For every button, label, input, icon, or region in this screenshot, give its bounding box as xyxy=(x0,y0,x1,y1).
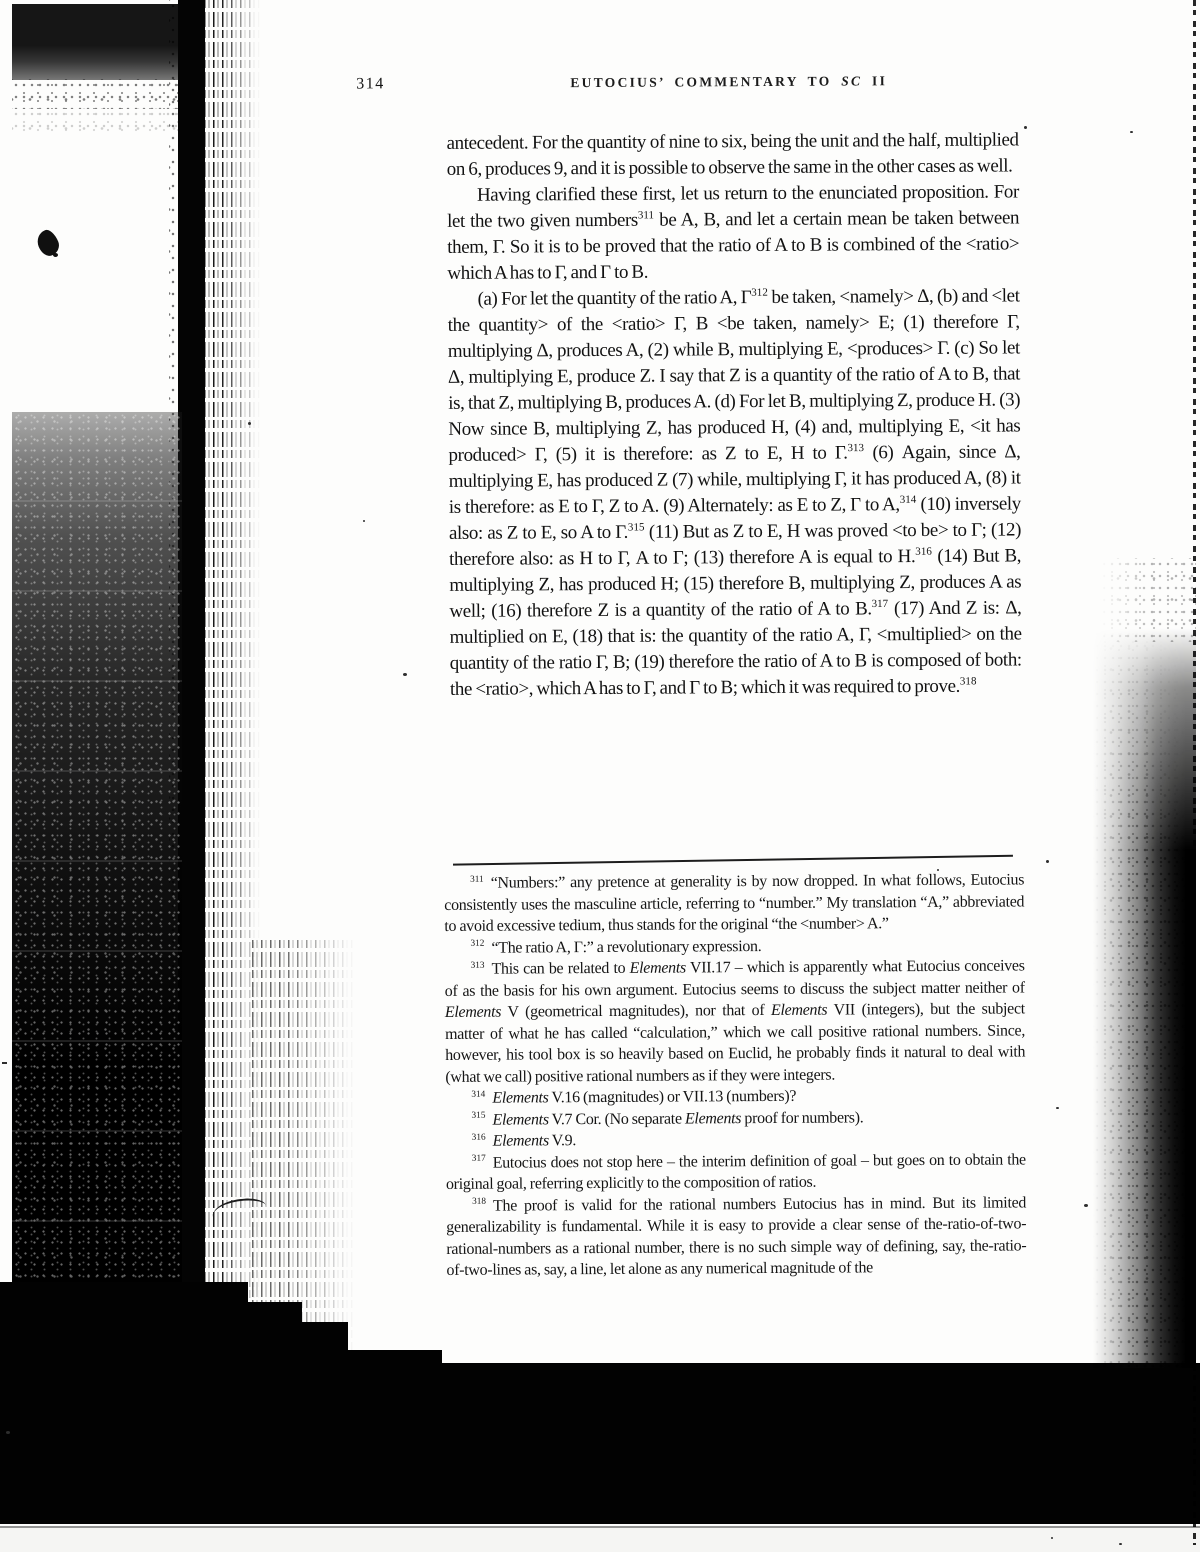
footnote-number: 313 xyxy=(471,960,485,970)
footnote-number: 315 xyxy=(472,1111,486,1121)
print-block: 314 EUTOCIUS’ COMMENTARY TO SC II antece… xyxy=(0,0,1200,1552)
body-paragraph: Having clarified these first, let us ret… xyxy=(447,179,1020,286)
body-paragraph: (a) For let the quantity of the ratio A,… xyxy=(447,283,1022,702)
footnote-number: 316 xyxy=(472,1132,486,1142)
footnote-number: 314 xyxy=(471,1089,485,1099)
footnotes: 311“Numbers:” any pretence at generality… xyxy=(444,869,1026,1281)
main-text: antecedent. For the quantity of nine to … xyxy=(447,127,1022,702)
footnote-item: 318The proof is valid for the rational n… xyxy=(446,1192,1027,1282)
footnote-number: 311 xyxy=(470,874,484,884)
footnote-item: 317Eutocius does not stop here – the int… xyxy=(446,1149,1026,1196)
running-head: EUTOCIUS’ COMMENTARY TO SC II xyxy=(446,72,1011,91)
footnote-number: 312 xyxy=(470,939,484,949)
page-number: 314 xyxy=(356,75,385,93)
footnote-number: 317 xyxy=(472,1154,486,1164)
footnote-separator-rule xyxy=(453,855,1013,866)
scanned-book-page: 314 EUTOCIUS’ COMMENTARY TO SC II antece… xyxy=(0,0,1200,1552)
footnote-number: 318 xyxy=(472,1197,486,1207)
footnote-item: 313This can be related to Elements VII.1… xyxy=(445,955,1026,1088)
footnote-item: 311“Numbers:” any pretence at generality… xyxy=(444,869,1024,937)
body-paragraph: antecedent. For the quantity of nine to … xyxy=(447,127,1019,182)
